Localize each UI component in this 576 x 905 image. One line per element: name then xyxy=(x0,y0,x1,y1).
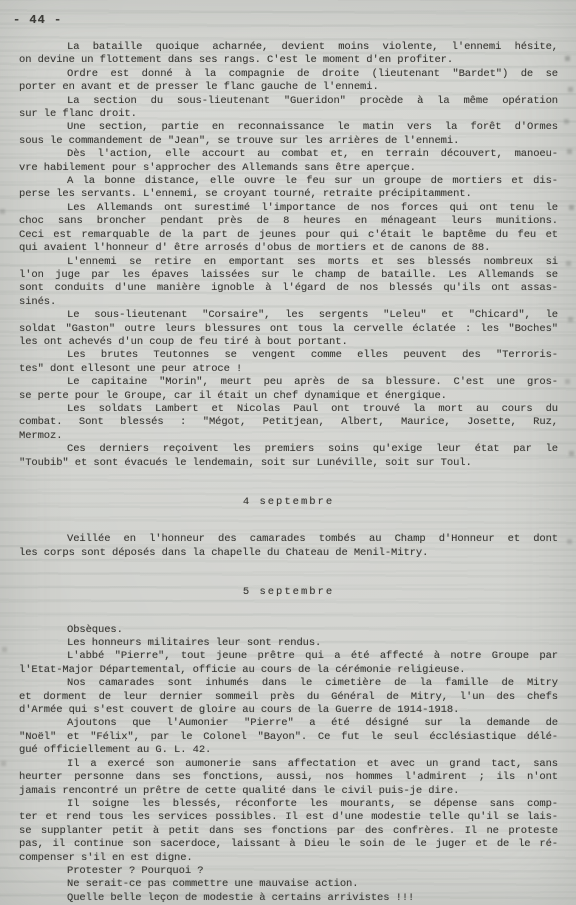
text-line: combat. Sont blessés : "Mégot, Petitjean… xyxy=(19,416,558,429)
text-line: on devine un flottement dans ses rangs. … xyxy=(19,54,558,67)
paragraph: Nos camarades sont inhumés dans le cimet… xyxy=(19,677,558,717)
text-line: L'ennemi se retire en emportant ses mort… xyxy=(19,256,558,269)
text-line: sinés. xyxy=(19,296,558,309)
paragraph: L'abbé "Pierre", tout jeune prêtre qui a… xyxy=(19,650,558,677)
paragraph: Les brutes Teutonnes se vengent comme el… xyxy=(19,349,558,376)
text-line: Veillée en l'honneur des camarades tombé… xyxy=(19,533,558,546)
text-line: et dorment de leur dernier sommeil près … xyxy=(19,691,558,704)
text-line: Les soldats Lambert et Nicolas Paul ont … xyxy=(19,403,558,416)
text-line: ter et rend tous les services possibles.… xyxy=(19,811,558,824)
text-line: heurter personne dans ses fonctions, aus… xyxy=(19,771,558,784)
text-line: Le capitaine "Morin", meurt peu après de… xyxy=(19,376,558,389)
text-line: choc sans broncher pendant près de 8 heu… xyxy=(19,215,558,228)
paragraph: Veillée en l'honneur des camarades tombé… xyxy=(19,533,558,560)
paragraph: Dès l'action, elle accourt au combat et,… xyxy=(19,148,558,175)
text-line: perse les servants. L'ennemi, se croyant… xyxy=(19,188,558,201)
text-line: "Noël" et "Félix", par le Colonel "Bayon… xyxy=(19,731,558,744)
text-line: qui avaient l'honneur d' être arrosés d'… xyxy=(19,242,558,255)
text-line: Le sous-lieutenant "Corsaire", les serge… xyxy=(19,309,558,322)
paragraph: Les soldats Lambert et Nicolas Paul ont … xyxy=(19,403,558,443)
page-text: La bataille quoique acharnée, devient mo… xyxy=(19,41,558,905)
text-line: Les Allemands ont surestimé l'importance… xyxy=(19,202,558,215)
paragraph: Le capitaine "Morin", meurt peu après de… xyxy=(19,376,558,403)
text-line: sous le commandement de "Jean", se trouv… xyxy=(19,135,558,148)
paragraph: Une section, partie en reconnaissance le… xyxy=(19,121,558,148)
text-line: Ordre est donné à la compagnie de droite… xyxy=(19,68,558,81)
text-line: Il soigne les blessés, réconforte les mo… xyxy=(19,798,558,811)
paragraph: Ces derniers reçoivent les premiers soin… xyxy=(19,443,558,470)
text-line: La bataille quoique acharnée, devient mo… xyxy=(19,41,558,54)
text-line: Ceci est remarquable de la part de jeune… xyxy=(19,229,558,242)
text-line: Obsèques. xyxy=(19,624,558,637)
text-line: "Toubib" et sont évacués le lendemain, s… xyxy=(19,457,558,470)
text-line: d'Armée qui s'est couvert de gloire au c… xyxy=(19,704,558,717)
text-line: sur le flanc droit. xyxy=(19,108,558,121)
text-line: porter en avant et de presser le flanc g… xyxy=(19,81,558,94)
text-line: l'on juge par les épaves laissées sur le… xyxy=(19,269,558,282)
text-line: compenser s'il en est digne. xyxy=(19,852,558,865)
text-line: tes" dont ellesont une peur atroce ! xyxy=(19,363,558,376)
paragraph: La bataille quoique acharnée, devient mo… xyxy=(19,41,558,68)
text-line: jamais rencontré un prêtre de cette qual… xyxy=(19,785,558,798)
paragraph: Ajoutons que l'Aumonier "Pierre" a été d… xyxy=(19,717,558,757)
scan-smudges xyxy=(0,0,3,3)
text-line: Protester ? Pourquoi ? xyxy=(19,865,558,878)
paragraph: Les Allemands ont surestimé l'importance… xyxy=(19,202,558,256)
text-line: Les brutes Teutonnes se vengent comme el… xyxy=(19,349,558,362)
paragraph: L'ennemi se retire en emportant ses mort… xyxy=(19,256,558,310)
text-line: se perte pour le Groupe, car il était un… xyxy=(19,390,558,403)
paragraph: A la bonne distance, elle ouvre le feu s… xyxy=(19,175,558,202)
paragraph: Il soigne les blessés, réconforte les mo… xyxy=(19,798,558,865)
text-line: Les honneurs militaires leur sont rendus… xyxy=(19,637,558,650)
text-line: Une section, partie en reconnaissance le… xyxy=(19,121,558,134)
date-heading: 4 septembre xyxy=(19,496,558,509)
text-line: Ne serait-ce pas commettre une mauvaise … xyxy=(19,878,558,891)
text-line: l'Etat-Major Départemental, officie au c… xyxy=(19,664,558,677)
text-line: les ont achevés d'un coup de feu tiré à … xyxy=(19,336,558,349)
text-line: Mermoz. xyxy=(19,430,558,443)
text-line: Ces derniers reçoivent les premiers soin… xyxy=(19,443,558,456)
text-line: vre habilement pour s'approcher des Alle… xyxy=(19,162,558,175)
text-line: pas, il continue son sacerdoce, laissant… xyxy=(19,838,558,851)
scanned-page: - 44 - La bataille quoique acharnée, dev… xyxy=(0,0,576,905)
paragraph: Protester ? Pourquoi ? xyxy=(19,865,558,878)
paragraph: Il a exercé son aumonerie sans affectati… xyxy=(19,758,558,798)
text-line: gué officiellement au G. L. 42. xyxy=(19,744,558,757)
text-line: L'abbé "Pierre", tout jeune prêtre qui a… xyxy=(19,650,558,663)
paragraph: La section du sous-lieutenant "Gueridon"… xyxy=(19,95,558,122)
text-line: Ajoutons que l'Aumonier "Pierre" a été d… xyxy=(19,717,558,730)
paragraph: Obsèques. xyxy=(19,624,558,637)
text-line: La section du sous-lieutenant "Gueridon"… xyxy=(19,95,558,108)
paragraph: Les honneurs militaires leur sont rendus… xyxy=(19,637,558,650)
date-heading: 5 septembre xyxy=(19,586,558,599)
text-line: Il a exercé son aumonerie sans affectati… xyxy=(19,758,558,771)
paragraph: Quelle belle leçon de modestie à certain… xyxy=(19,892,558,905)
text-line: Dès l'action, elle accourt au combat et,… xyxy=(19,148,558,161)
text-line: Quelle belle leçon de modestie à certain… xyxy=(19,892,558,905)
paragraph: Ordre est donné à la compagnie de droite… xyxy=(19,68,558,95)
page-number: - 44 - xyxy=(13,13,62,27)
text-line: soldat "Gaston" outre leurs blessures on… xyxy=(19,323,558,336)
text-line: les corps sont déposés dans la chapelle … xyxy=(19,547,558,560)
text-line: A la bonne distance, elle ouvre le feu s… xyxy=(19,175,558,188)
text-line: Nos camarades sont inhumés dans le cimet… xyxy=(19,677,558,690)
paragraph: Le sous-lieutenant "Corsaire", les serge… xyxy=(19,309,558,349)
text-line: sont conduits d'une manière ignoble à l'… xyxy=(19,282,558,295)
text-line: se supplanter petit à petit dans ses fon… xyxy=(19,825,558,838)
paragraph: Ne serait-ce pas commettre une mauvaise … xyxy=(19,878,558,891)
